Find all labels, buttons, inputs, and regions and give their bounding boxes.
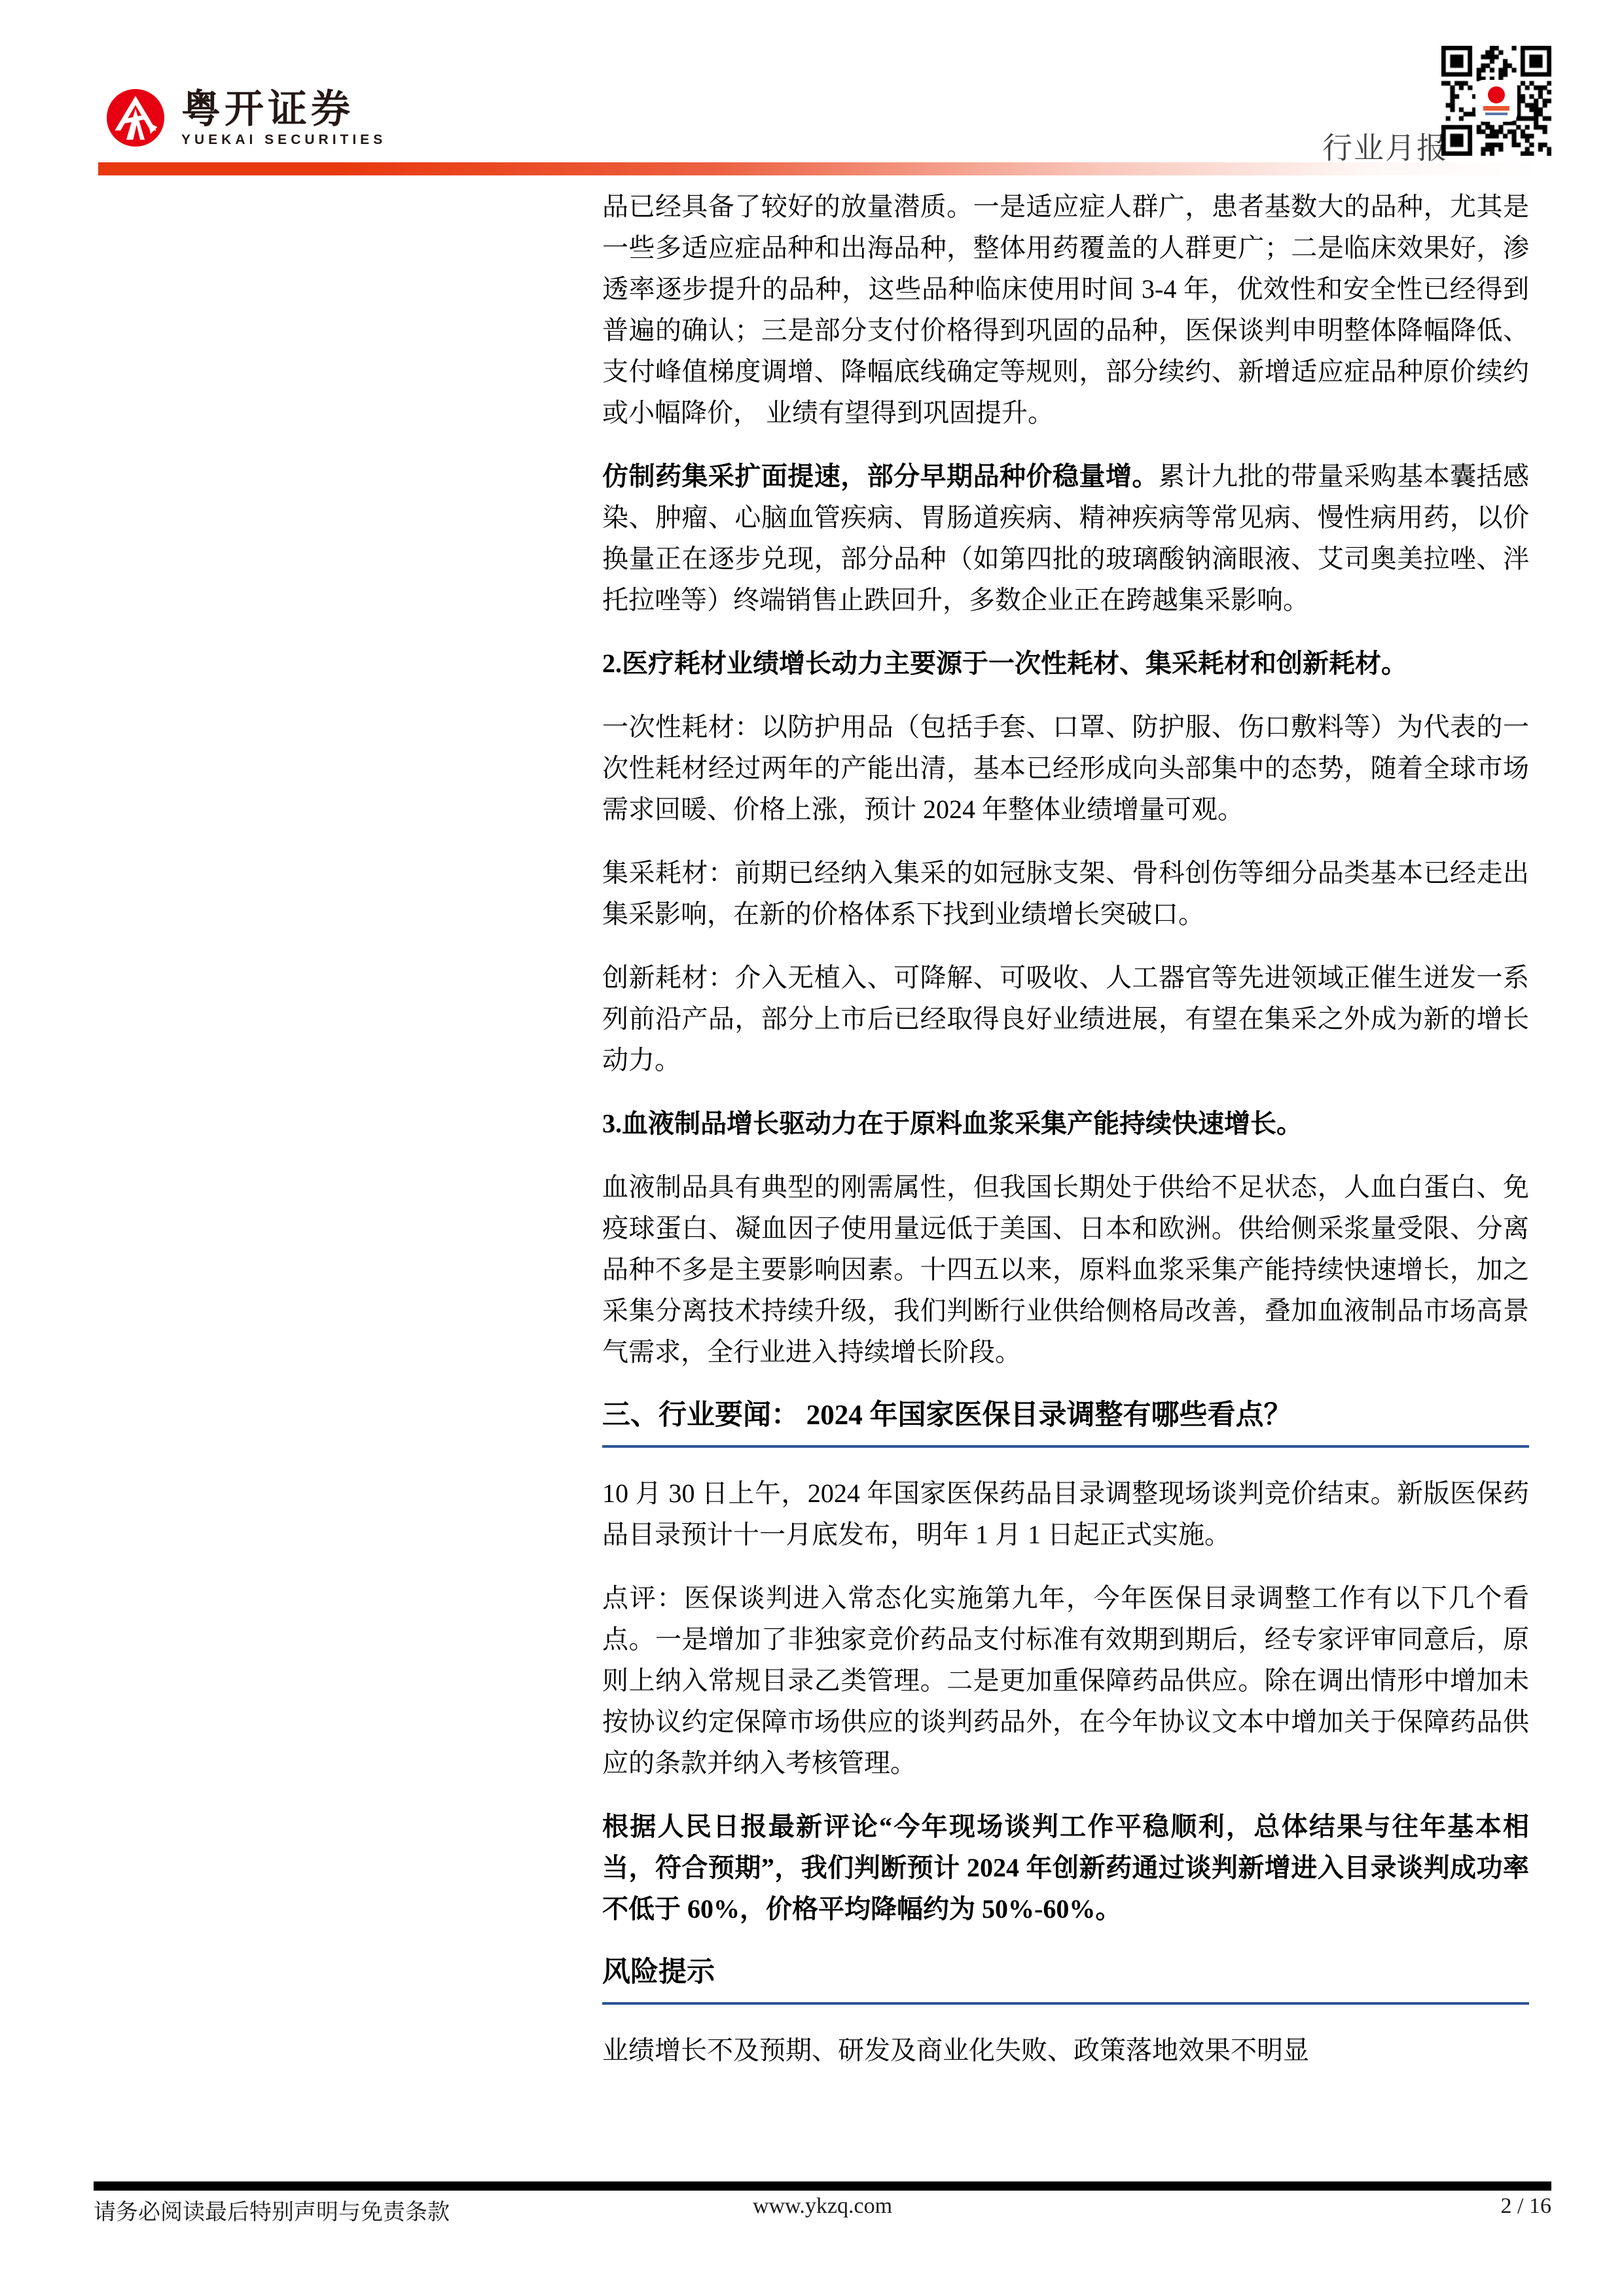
paragraph-bold: 根据人民日报最新评论“今年现场谈判工作平稳顺利，总体结果与往年基本相当，符合预期…: [602, 1806, 1529, 1929]
footer: www.ykzq.com 请务必阅读最后特别声明与免责条款 2 / 16: [94, 2194, 1551, 2227]
paragraph: 一次性耗材：以防护用品（包括手套、口罩、防护服、伤口敷料等）为代表的一次性耗材经…: [602, 706, 1529, 830]
paragraph: 业绩增长不及预期、研发及商业化失败、政策落地效果不明显: [602, 2030, 1529, 2071]
section-heading-risk: 风险提示: [602, 1952, 1529, 2005]
footer-disclaimer: 请务必阅读最后特别声明与免责条款: [94, 2194, 450, 2226]
brand-logo: 粤开证券 YUEKAI SECURITIES: [107, 89, 386, 148]
numbered-heading: 2.医疗耗材业绩增长动力主要源于一次性耗材、集采耗材和创新耗材。: [602, 643, 1529, 684]
brand-name-en: YUEKAI SECURITIES: [181, 132, 386, 148]
yuekai-logo-icon: [107, 89, 164, 147]
paragraph: 集采耗材：前期已经纳入集采的如冠脉支架、骨科创伤等细分品类基本已经走出集采影响，…: [602, 852, 1529, 935]
qr-logo-dot-icon: [1488, 86, 1505, 103]
qr-center-logo: [1477, 81, 1516, 120]
header-rule-bar: [98, 162, 1571, 175]
brand-name-cn: 粤开证券: [181, 89, 386, 130]
section-heading-industry-news: 三、行业要闻： 2024 年国家医保目录调整有哪些看点？: [602, 1395, 1529, 1448]
paragraph: 仿制药集采扩面提速，部分早期品种价稳量增。累计九批的带量采购基本囊括感染、肿瘤、…: [602, 456, 1529, 620]
paragraph: 10 月 30 日上午，2024 年国家医保药品目录调整现场谈判竞价结束。新版医…: [602, 1473, 1529, 1555]
numbered-heading: 3.血液制品增长驱动力在于原料血浆采集产能持续快速增长。: [602, 1103, 1529, 1144]
document-body: 品已经具备了较好的放量潜质。一是适应症人群广，患者基数大的品种，尤其是一些多适应…: [602, 186, 1529, 2093]
paragraph: 品已经具备了较好的放量潜质。一是适应症人群广，患者基数大的品种，尤其是一些多适应…: [602, 186, 1529, 433]
report-type-label: 行业月报: [1322, 124, 1448, 168]
paragraph: 创新耗材：介入无植入、可降解、可吸收、人工器官等先进领域正催生迸发一系列前沿产品…: [602, 957, 1529, 1081]
qr-code: [1441, 46, 1551, 156]
paragraph: 点评：医保谈判进入常态化实施第九年，今年医保目录调整工作有以下几个看点。一是增加…: [602, 1577, 1529, 1784]
brand-text: 粤开证券 YUEKAI SECURITIES: [181, 89, 386, 148]
footer-page-number: 2 / 16: [1501, 2194, 1551, 2219]
qr-logo-text-line2: [1485, 113, 1507, 115]
qr-logo-text-line: [1483, 106, 1509, 111]
paragraph-bold-lead: 仿制药集采扩面提速，部分早期品种价稳量增。: [602, 461, 1159, 491]
report-page: 粤开证券 YUEKAI SECURITIES 行业月报 品已经具备了较好的放量潜…: [0, 0, 1624, 2296]
footer-rule-bar: [94, 2181, 1551, 2191]
paragraph: 血液制品具有典型的刚需属性，但我国长期处于供给不足状态，人血白蛋白、免疫球蛋白、…: [602, 1166, 1529, 1372]
